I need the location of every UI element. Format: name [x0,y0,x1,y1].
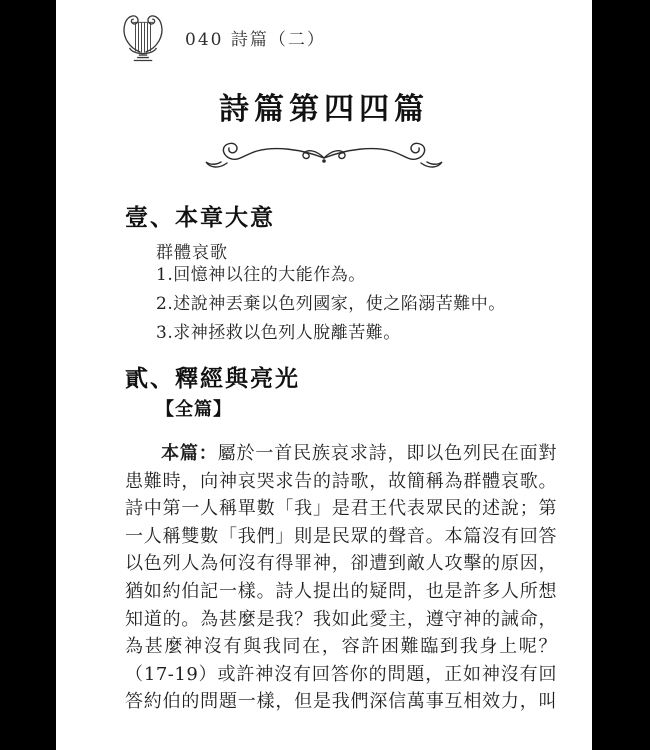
summary-item: 1.回憶神以往的大能作為。 [156,261,506,290]
commentary-paragraph: 本篇：屬於一首民族哀求詩，即以色列民在面對患難時，向神哀哭求告的詩歌，故簡稱為群… [125,440,557,716]
page-header: 040 詩篇（二） [116,11,326,63]
screenshot-root: { "colors": { "background": "#000000", "… [0,0,650,750]
section1-subtitle: 群體哀歌 [156,238,228,263]
paragraph-lead: 本篇： [161,443,218,464]
section2-subheading: 【全篇】 [156,395,232,421]
section1-heading: 壹、本章大意 [125,199,275,232]
lyre-icon [116,11,170,63]
summary-list: 1.回憶神以往的大能作為。 2.述說神丟棄以色列國家，使之陷溺苦難中。 3.求神… [156,261,506,348]
paragraph-body: 屬於一首民族哀求詩，即以色列民在面對患難時，向神哀哭求告的詩歌，故簡稱為群體哀歌… [125,443,557,716]
section2-heading: 貳、釋經與亮光 [125,360,300,393]
flourish-divider [56,137,592,179]
book-page: 040 詩篇（二） 詩篇第四四篇 壹、本章大意 群體哀歌 1.回憶神以往的大能作… [56,0,592,750]
chapter-title: 詩篇第四四篇 [56,84,592,128]
summary-item: 3.求神拯救以色列人脫離苦難。 [156,319,506,348]
summary-item: 2.述說神丟棄以色列國家，使之陷溺苦難中。 [156,290,506,319]
running-head: 040 詩篇（二） [185,25,326,50]
